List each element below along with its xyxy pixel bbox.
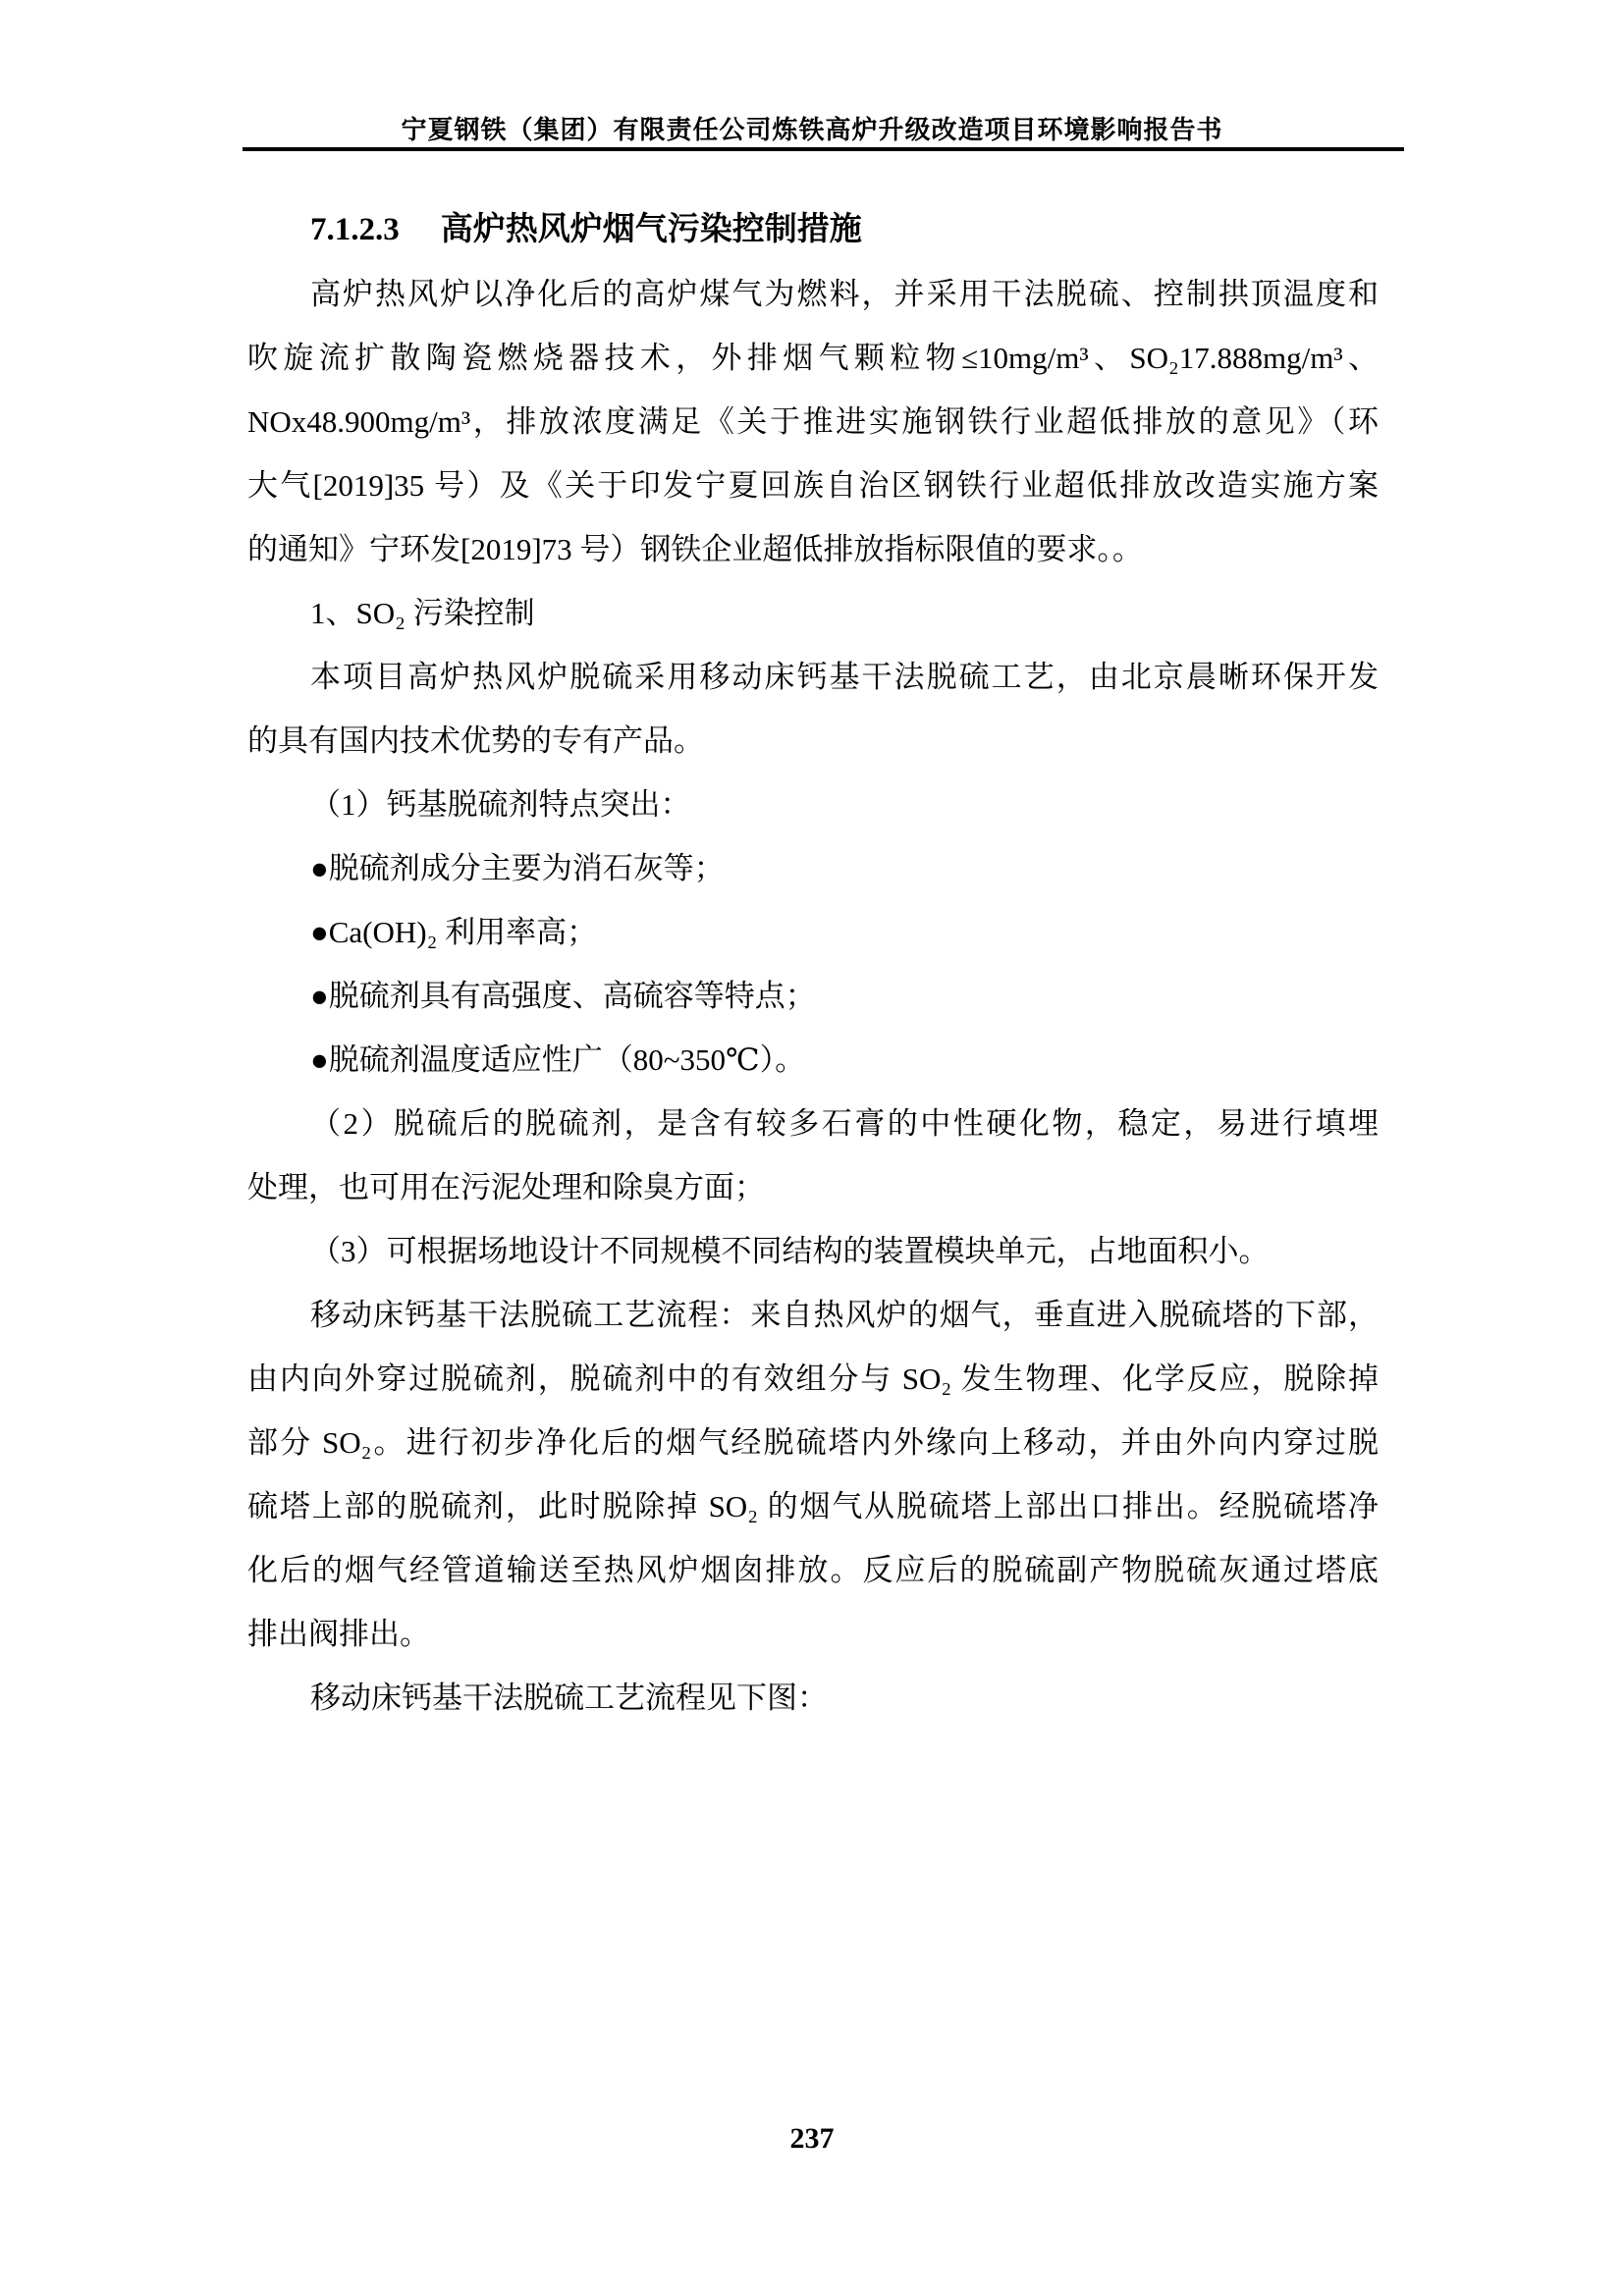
text-line: 移动床钙基干法脱硫工艺流程：来自热风炉的烟气，垂直进入脱硫塔的下部， bbox=[247, 1283, 1379, 1347]
text-line: 吹旋流扩散陶瓷燃烧器技术，外排烟气颗粒物≤10mg/m³、SO₂17.888mg… bbox=[247, 326, 1379, 390]
text-line: 硫塔上部的脱硫剂，此时脱除掉 SO₂ 的烟气从脱硫塔上部出口排出。经脱硫塔净 bbox=[247, 1474, 1379, 1538]
document-body: 7.1.2.3高炉热风炉烟气污染控制措施 高炉热风炉以净化后的高炉煤气为燃料，并… bbox=[247, 198, 1379, 1730]
section-heading: 7.1.2.3高炉热风炉烟气污染控制措施 bbox=[247, 198, 1379, 262]
text-line: 的具有国内技术优势的专有产品。 bbox=[247, 709, 1379, 773]
text-line: 排出阀排出。 bbox=[247, 1602, 1379, 1666]
text-line: 的通知》宁环发[2019]73 号）钢铁企业超低排放指标限值的要求。。 bbox=[247, 517, 1379, 581]
bullet-line: ●脱硫剂成分主要为消石灰等； bbox=[247, 836, 1379, 900]
text-line: （3）可根据场地设计不同规模不同结构的装置模块单元，占地面积小。 bbox=[247, 1219, 1379, 1283]
page-number: 237 bbox=[0, 2122, 1624, 2156]
header-rule bbox=[243, 147, 1404, 151]
text-line: 由内向外穿过脱硫剂，脱硫剂中的有效组分与 SO₂ 发生物理、化学反应，脱除掉 bbox=[247, 1347, 1379, 1411]
text-line: 化后的烟气经管道输送至热风炉烟囱排放。反应后的脱硫副产物脱硫灰通过塔底 bbox=[247, 1538, 1379, 1602]
text-line: NOx48.900mg/m³，排放浓度满足《关于推进实施钢铁行业超低排放的意见》… bbox=[247, 390, 1379, 454]
section-heading-title: 高炉热风炉烟气污染控制措施 bbox=[441, 212, 862, 247]
section-heading-number: 7.1.2.3 bbox=[310, 212, 400, 247]
bullet-line: ●脱硫剂具有高强度、高硫容等特点； bbox=[247, 964, 1379, 1028]
text-line: 大气[2019]35 号）及《关于印发宁夏回族自治区钢铁行业超低排放改造实施方案 bbox=[247, 454, 1379, 517]
text-line: 处理，也可用在污泥处理和除臭方面； bbox=[247, 1155, 1379, 1219]
text-line: 高炉热风炉以净化后的高炉煤气为燃料，并采用干法脱硫、控制拱顶温度和 bbox=[247, 262, 1379, 326]
document-page: 宁夏钢铁（集团）有限责任公司炼铁高炉升级改造项目环境影响报告书 7.1.2.3高… bbox=[0, 0, 1624, 2296]
text-line: 1、SO₂ 污染控制 bbox=[247, 581, 1379, 645]
header-title: 宁夏钢铁（集团）有限责任公司炼铁高炉升级改造项目环境影响报告书 bbox=[0, 110, 1624, 146]
bullet-line: ●Ca(OH)₂ 利用率高； bbox=[247, 900, 1379, 964]
text-line: （1）钙基脱硫剂特点突出： bbox=[247, 773, 1379, 836]
text-line: 部分 SO₂。进行初步净化后的烟气经脱硫塔内外缘向上移动，并由外向内穿过脱 bbox=[247, 1411, 1379, 1474]
bullet-line: ●脱硫剂温度适应性广（80~350℃）。 bbox=[247, 1028, 1379, 1092]
text-line: 本项目高炉热风炉脱硫采用移动床钙基干法脱硫工艺，由北京晨晰环保开发 bbox=[247, 645, 1379, 709]
text-line: 移动床钙基干法脱硫工艺流程见下图： bbox=[247, 1666, 1379, 1730]
text-line: （2）脱硫后的脱硫剂，是含有较多石膏的中性硬化物，稳定，易进行填埋 bbox=[247, 1092, 1379, 1155]
